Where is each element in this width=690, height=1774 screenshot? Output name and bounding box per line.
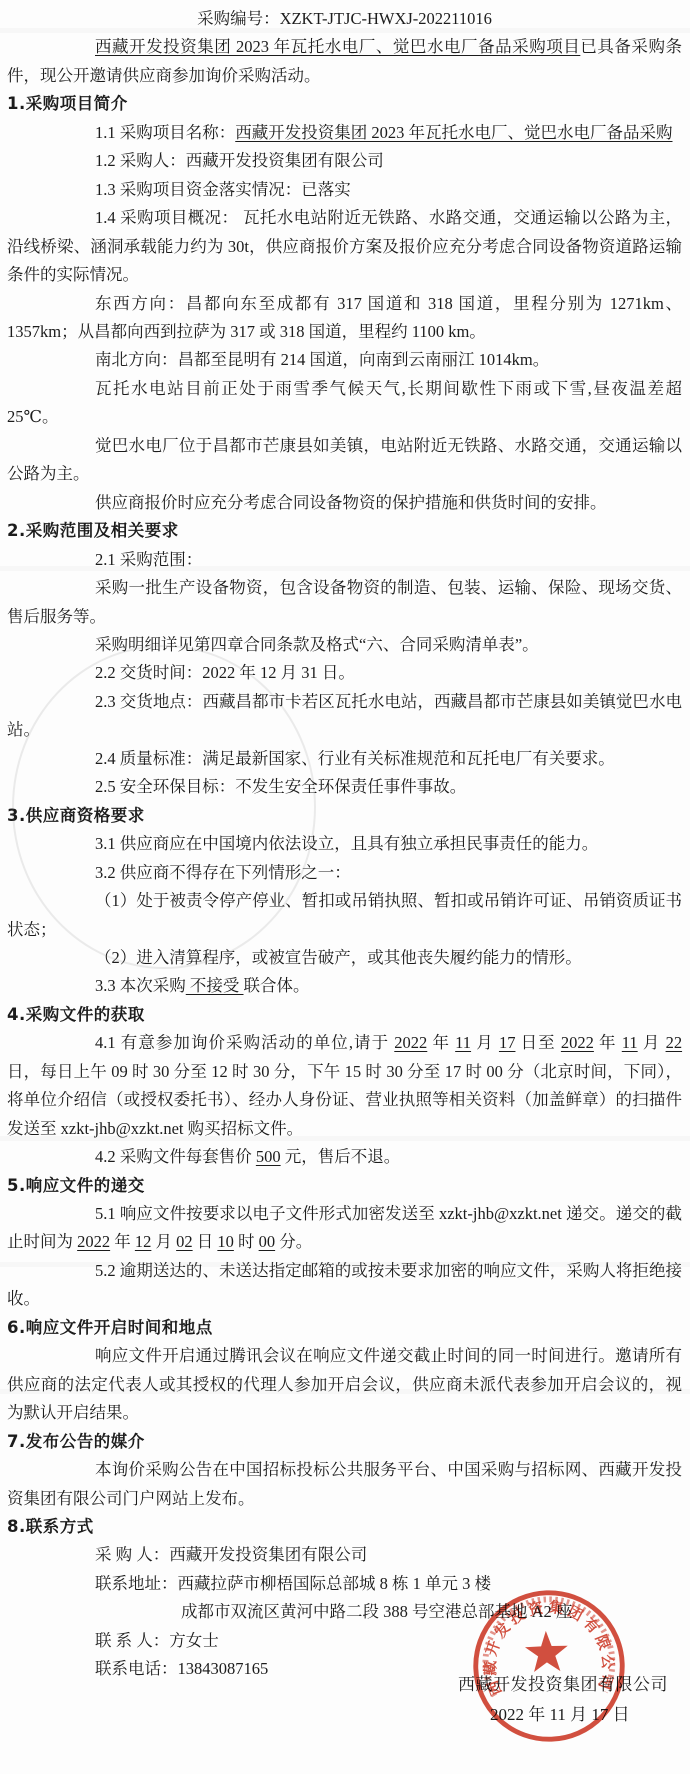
para-3-1: 3.1 供应商应在中国境内依法设立，且具有独立承担民事责任的能力。 — [7, 830, 682, 858]
heading-7: 7.发布公告的媒介 — [7, 1428, 682, 1456]
para-4-1: 4.1 有意参加询价采购活动的单位,请于 2022 年 11 月 17 日至 2… — [7, 1029, 682, 1143]
heading-3: 3.供应商资格要求 — [7, 802, 682, 830]
contact-buyer: 采 购 人：西藏开发投资集团有限公司 — [95, 1541, 682, 1569]
para-quote-note: 供应商报价时应充分考虑合同设备物资的保护措施和供货时间的安排。 — [7, 489, 682, 517]
procurement-number: 采购编号：XZKT-JTJC-HWXJ-202211016 — [7, 5, 682, 33]
para-1-3: 1.3 采购项目资金落实情况：已落实 — [7, 176, 682, 204]
document-page: 采购编号：XZKT-JTJC-HWXJ-202211016 西藏开发投资集团 2… — [0, 0, 690, 1774]
para-1-2: 1.2 采购人：西藏开发投资集团有限公司 — [7, 147, 682, 175]
para-2-1: 2.1 采购范围： — [7, 546, 682, 574]
para-direction-ns: 南北方向：昌都至昆明有 214 国道，向南到云南丽江 1014km。 — [7, 346, 682, 374]
para-3-2-item2: （2）进入清算程序，或被宣告破产，或其他丧失履约能力的情形。 — [7, 944, 682, 972]
para-2-3: 2.3 交货地点：西藏昌都市卡若区瓦托水电站，西藏昌都市芒康县如美镇觉巴水电站。 — [7, 688, 682, 745]
contact-person: 联 系 人：方女士 — [95, 1627, 682, 1655]
contact-address-2: 成都市双流区黄河中路二段 388 号空港总部基地 A2 座 — [181, 1598, 682, 1626]
para-jueba-location: 觉巴水电厂位于昌都市芒康县如美镇，电站附近无铁路、水路交通，交通运输以公路为主。 — [7, 432, 682, 489]
document-body: 西藏开发投资集团 2023 年瓦托水电厂、觉巴水电厂备品采购项目已具备采购条件，… — [7, 33, 682, 1683]
para-wato-weather: 瓦托水电站目前正处于雨雪季气候天气,长期间歇性下雨或下雪,昼夜温差超 25℃。 — [7, 375, 682, 432]
heading-5: 5.响应文件的递交 — [7, 1172, 682, 1200]
para-2-5: 2.5 安全环保目标：不发生安全环保责任事件事故。 — [7, 773, 682, 801]
para-2-2: 2.2 交货时间：2022 年 12 月 31 日。 — [7, 659, 682, 687]
para-3-3: 3.3 本次采购 不接受 联合体。 — [7, 972, 682, 1000]
para-5-2: 5.2 逾期送达的、未送达指定邮箱的或按未要求加密的响应文件，采购人将拒绝接收。 — [7, 1257, 682, 1314]
heading-6: 6.响应文件开启时间和地点 — [7, 1314, 682, 1342]
para-4-2: 4.2 采购文件每套售价 500 元，售后不退。 — [7, 1143, 682, 1171]
para-5-1: 5.1 响应文件按要求以电子文件形式加密发送至 xzkt-jhb@xzkt.ne… — [7, 1200, 682, 1257]
para-2-4: 2.4 质量标准：满足最新国家、行业有关标准规范和瓦托电厂有关要求。 — [7, 745, 682, 773]
heading-4: 4.采购文件的获取 — [7, 1001, 682, 1029]
para-3-2-item1: （1）处于被责令停产停业、暂扣或吊销执照、暂扣或吊销许可证、吊销资质证书状态； — [7, 887, 682, 944]
para-3-2: 3.2 供应商不得存在下列情形之一： — [7, 859, 682, 887]
contact-address-1: 联系地址：西藏拉萨市柳梧国际总部城 8 栋 1 单元 3 楼 — [95, 1570, 682, 1598]
para-1-4: 1.4 采购项目概况： 瓦托水电站附近无铁路、水路交通，交通运输以公路为主，沿线… — [7, 204, 682, 289]
heading-8: 8.联系方式 — [7, 1513, 682, 1541]
para-scope-detail: 采购一批生产设备物资，包含设备物资的制造、包装、运输、保险、现场交货、售后服务等… — [7, 574, 682, 631]
signature-date: 2022 年 11 月 17 日 — [490, 1701, 630, 1729]
signature-company: 西藏开发投资集团有限公司 — [458, 1671, 668, 1699]
heading-2: 2.采购范围及相关要求 — [7, 517, 682, 545]
heading-1: 1.采购项目简介 — [7, 90, 682, 118]
para-intro: 西藏开发投资集团 2023 年瓦托水电厂、觉巴水电厂备品采购项目已具备采购条件，… — [7, 33, 682, 90]
para-6-body: 响应文件开启通过腾讯会议在响应文件递交截止时间的同一时间进行。邀请所有供应商的法… — [7, 1342, 682, 1427]
para-scope-ref: 采购明细详见第四章合同条款及格式“六、合同采购清单表”。 — [7, 631, 682, 659]
para-direction-ew: 东西方向：昌都向东至成都有 317 国道和 318 国道，里程分别为 1271k… — [7, 290, 682, 347]
para-1-1: 1.1 采购项目名称：西藏开发投资集团 2023 年瓦托水电厂、觉巴水电厂备品采… — [7, 119, 682, 147]
para-7-body: 本询价采购公告在中国招标投标公共服务平台、中国采购与招标网、西藏开发投资集团有限… — [7, 1456, 682, 1513]
